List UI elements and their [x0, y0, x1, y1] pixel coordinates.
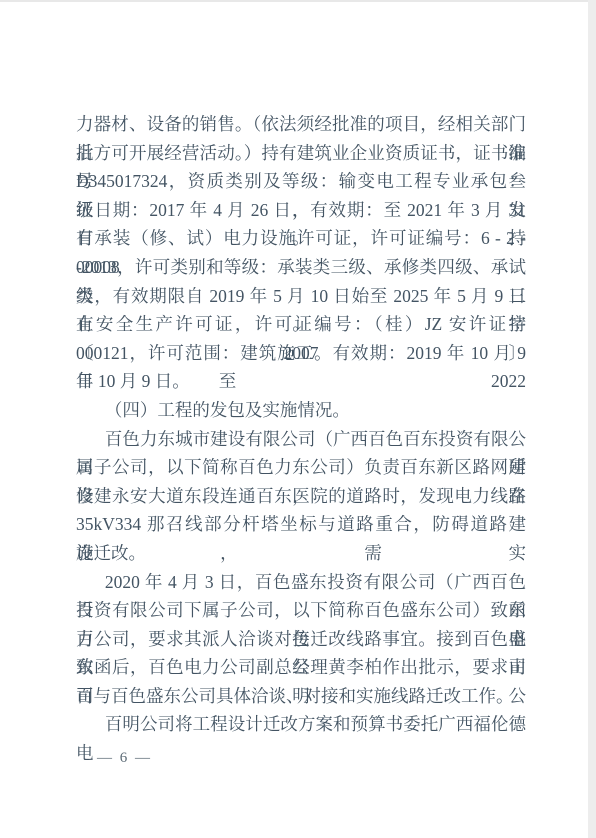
text-line: 级，有效期限自 2019 年 5 月 10 日始至 2025 年 5 月 9 日… [76, 282, 526, 311]
page-number: — 6 — [97, 748, 152, 768]
text-line: 2020 年 4 月 3 日，百色盛东投资有限公司（广西百色百东 [76, 568, 526, 597]
text-line: D345017324，资质类别及等级：输变电工程专业承包叁级，发 [76, 167, 526, 196]
text-line: 000121，许可范围：建筑施工。有效期：2019 年 10 月 9 日至 20… [76, 339, 526, 368]
text-line: 百色力东城市建设有限公司（广西百色百东投资有限公司所 [76, 425, 526, 454]
text-line: 有安全生产许可证，许可证编号：（桂）JZ 安许证字〔2007〕 [76, 310, 526, 339]
section-heading: （四）工程的发包及实施情况。 [76, 396, 526, 425]
text-line: 后方可开展经营活动。）持有建筑业企业资质证书，证书编号： [76, 139, 526, 168]
document-page: 力器材、设备的销售。（依法须经批准的项目，经相关部门批准 后方可开展经营活动。）… [0, 0, 596, 838]
text-line: 力器材、设备的销售。（依法须经批准的项目，经相关部门批准 [76, 110, 526, 139]
text-line: 有承装（修、试）电力设施许可证，许可证编号：6 - 2 - 00008 [76, 224, 526, 253]
text-line: 35kV334 那召线部分杆塔坐标与道路重合，防碍道路建设，需实 [76, 510, 526, 539]
text-line: 力公司，要求其派人洽谈对接迁改线路事宜。接到百色盛东公司 [76, 625, 526, 654]
scan-edge-top [0, 0, 596, 2]
text-line: 致函后，百色电力公司副总经理黄李柏作出批示，要求由百明公 [76, 653, 526, 682]
text-line: 修建永安大道东段连通百东医院的道路时，发现电力线路 [76, 482, 526, 511]
scan-edge-right [588, 0, 596, 838]
text-line: -2013，许可类别和等级：承装类三级、承修类四级、承试类三 [76, 253, 526, 282]
document-body: 力器材、设备的销售。（依法须经批准的项目，经相关部门批准 后方可开展经营活动。）… [76, 110, 526, 739]
text-line: 证日期：2017 年 4 月 26 日，有效期：至 2021 年 3 月 31 … [76, 196, 526, 225]
text-line: 属子公司，以下简称百色力东公司）负责百东新区路网建设，在 [76, 453, 526, 482]
text-line: 投资有限公司下属子公司，以下简称百色盛东公司）致函百色电 [76, 596, 526, 625]
text-line: 司与百色盛东公司具体洽谈、对接和实施线路迁改工作。 [76, 682, 526, 711]
text-line: 百明公司将工程设计迁改方案和预算书委托广西福伦德电 [76, 710, 526, 739]
